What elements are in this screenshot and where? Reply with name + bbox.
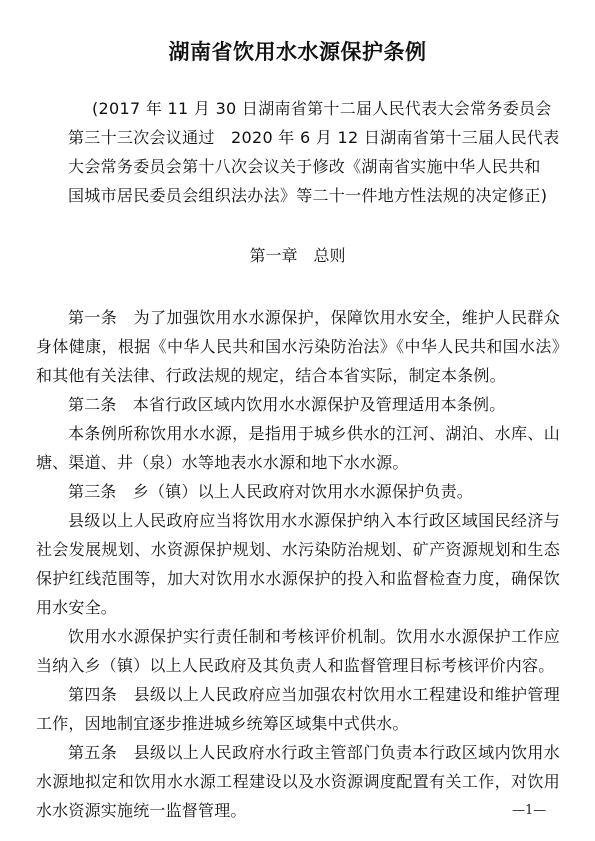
- preface-note: (2017 年 11 月 30 日湖南省第十二届人民代表大会常务委员会 第三十三…: [68, 94, 540, 210]
- preface-line: 大会常务委员会第十八次会议关于修改《湖南省实施中华人民共和: [68, 152, 540, 181]
- document-body: 第一条 为了加强饮用水水源保护，保障饮用水安全，维护人民群众身体健康，根据《中华…: [36, 303, 560, 825]
- article-paragraph: 第五条 县级以上人民政府水行政主管部门负责本行政区域内饮用水水源地拟定和饮用水水…: [36, 738, 560, 825]
- article-paragraph: 县级以上人民政府应当将饮用水水源保护纳入本行政区域国民经济与社会发展规划、水资源…: [36, 506, 560, 622]
- preface-line: 第三十三次会议通过 2020 年 6 月 12 日湖南省第十三届人民代表: [68, 123, 540, 152]
- preface-line: (2017 年 11 月 30 日湖南省第十二届人民代表大会常务委员会: [68, 94, 540, 123]
- document-title: 湖南省饮用水水源保护条例: [0, 36, 595, 66]
- article-paragraph: 第一条 为了加强饮用水水源保护，保障饮用水安全，维护人民群众身体健康，根据《中华…: [36, 303, 560, 390]
- page-number: —1—: [512, 803, 546, 818]
- article-paragraph: 饮用水水源保护实行责任制和考核评价机制。饮用水水源保护工作应当纳入乡（镇）以上人…: [36, 622, 560, 680]
- preface-line: 国城市居民委员会组织法办法》等二十一件地方性法规的决定修正): [68, 181, 540, 210]
- article-paragraph: 第四条 县级以上人民政府应当加强农村饮用水工程建设和维护管理工作，因地制宜逐步推…: [36, 680, 560, 738]
- chapter-heading: 第一章 总则: [0, 243, 595, 266]
- article-paragraph: 第三条 乡（镇）以上人民政府对饮用水水源保护负责。: [36, 477, 560, 506]
